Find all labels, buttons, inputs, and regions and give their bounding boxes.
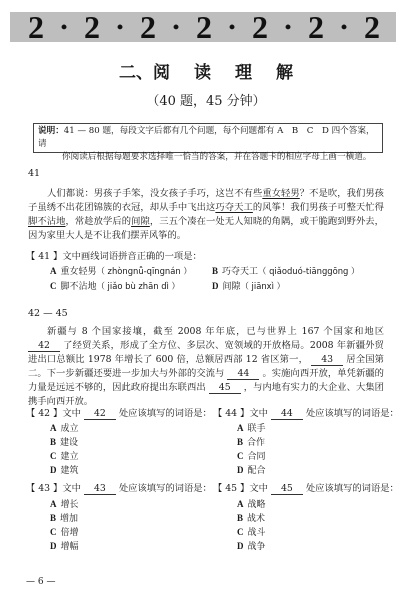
question-43-option-c[interactable]: C倍增	[50, 525, 79, 538]
passage-42-45-text: 新疆与 8 个国家接壤，截至 2008 年年底，已与世界上 167 个国家和地区…	[28, 325, 384, 409]
banner-dot: •	[117, 12, 123, 42]
question-42-prompt: 【 42 】文中 42 处应该填写的词语是：	[26, 405, 212, 420]
underlined-word: 脚不沾地	[28, 216, 65, 227]
question-43-option-d[interactable]: D增幅	[50, 539, 79, 552]
banner-digit: 2	[252, 12, 268, 42]
question-44-prompt: 【 44 】文中 44 处应该填写的词语是：	[213, 405, 399, 420]
blank-43: 43	[311, 354, 343, 366]
instructions-box: 说明：41 — 80 题，每段文字后都有几个问题，每个问题都有 A B C D …	[33, 123, 383, 153]
instructions-line-2: 你阅读后根据每题要求选择唯一恰当的答案，并在答题卡的相应字母上画一横道。	[38, 151, 378, 164]
banner-digit: 2	[308, 12, 324, 42]
banner-digit: 2	[28, 12, 44, 42]
question-41-option-d[interactable]: D间隙（ jiānxì ）	[212, 279, 285, 292]
question-41-option-b[interactable]: B巧夺天工（ qiǎoduó-tiānggōng ）	[212, 264, 359, 277]
banner-digit: 2	[140, 12, 156, 42]
question-41-option-c[interactable]: C脚不沾地（ jiǎo bù zhān dì ）	[50, 279, 180, 292]
question-44-option-c[interactable]: C合同	[237, 449, 266, 462]
question-42-option-a[interactable]: A成立	[50, 421, 79, 434]
question-43-prompt: 【 43 】文中 43 处应该填写的词语是：	[26, 480, 212, 495]
passage-number: 42 — 45	[28, 308, 68, 319]
banner-dot: •	[285, 12, 291, 42]
question-44-option-d[interactable]: D配合	[237, 463, 266, 476]
question-45-option-d[interactable]: D战争	[237, 539, 266, 552]
header-banner: 2 • 2 • 2 • 2 • 2 • 2 • 2	[10, 12, 396, 42]
question-41-option-a[interactable]: A重女轻男（ zhòngnǚ-qīngnán ）	[50, 264, 192, 277]
blank-42: 42	[28, 340, 60, 352]
banner-dot: •	[173, 12, 179, 42]
blank-45: 45	[209, 382, 241, 394]
instructions-line-1: 41 — 80 题，每段文字后都有几个问题，每个问题都有 A B C D 四个答…	[38, 126, 375, 149]
question-43-option-a[interactable]: A增长	[50, 497, 79, 510]
question-43-option-b[interactable]: B增加	[50, 511, 78, 524]
section-subtitle: （40 题，45 分钟）	[0, 90, 412, 109]
underlined-word: 间隙	[131, 216, 150, 227]
instructions-label: 说明：	[38, 126, 64, 136]
banner-digit: 2	[364, 12, 380, 42]
question-42-option-b[interactable]: B建设	[50, 435, 78, 448]
question-44-option-b[interactable]: B合作	[237, 435, 265, 448]
underlined-word: 巧夺天工	[215, 202, 252, 213]
question-45-option-a[interactable]: A战略	[237, 497, 266, 510]
passage-number: 41	[28, 168, 40, 179]
question-45-option-c[interactable]: C战斗	[237, 525, 266, 538]
blank-44: 44	[227, 368, 259, 380]
question-41-prompt: 【 41 】文中画线词语拼音正确的一项是：	[26, 248, 202, 262]
banner-digit: 2	[84, 12, 100, 42]
question-45-prompt: 【 45 】文中 45 处应该填写的词语是：	[213, 480, 399, 495]
question-42-option-d[interactable]: D建筑	[50, 463, 79, 476]
question-44-option-a[interactable]: A联手	[237, 421, 266, 434]
question-45-option-b[interactable]: B战术	[237, 511, 265, 524]
question-42-option-c[interactable]: C建立	[50, 449, 79, 462]
banner-dot: •	[61, 12, 67, 42]
banner-dot: •	[229, 12, 235, 42]
banner-dot: •	[341, 12, 347, 42]
section-title: 二、阅读理解	[0, 58, 412, 83]
underlined-word: 重女轻男	[262, 188, 299, 199]
banner-digit: 2	[196, 12, 212, 42]
page-number: — 6 —	[26, 577, 55, 587]
passage-41-text: 人们都说：男孩子手笨，没女孩子手巧，这岂不有些重女轻男？不是吹，我们男孩子虽绣不…	[28, 187, 384, 243]
